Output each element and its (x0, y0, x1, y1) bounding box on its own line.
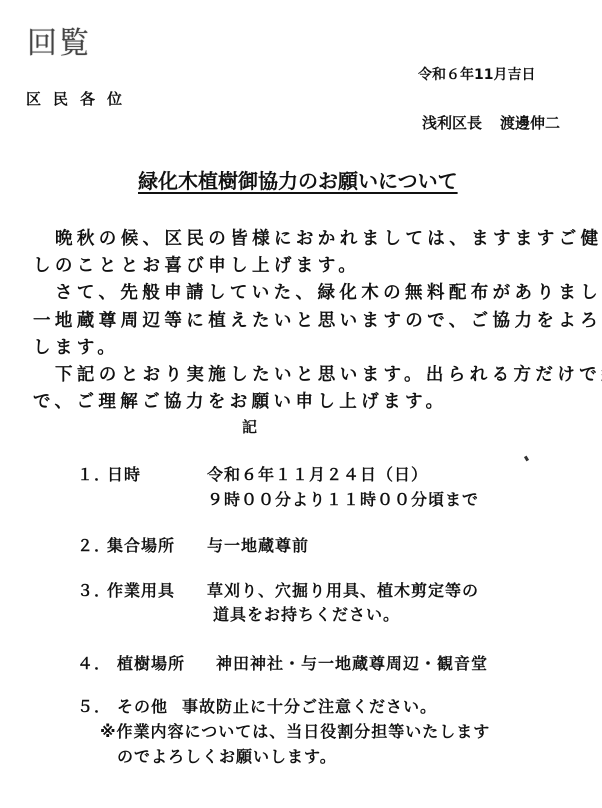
body-line: 一地蔵尊周辺等に植えたいと思いますので、ご協力をよろしくお願い (33, 308, 573, 335)
item-value-1b: ９時００分より１１時００分頃まで (207, 487, 479, 510)
item-number-5: ５． (77, 694, 111, 717)
item-value-3b: 道具をお持ちください。 (213, 602, 400, 625)
item-value-4: 神田神社・与一地蔵尊周辺・観音堂 (216, 651, 488, 674)
item-label-3: 作業用具 (107, 578, 175, 601)
body-line: で、ご理解ご協力をお願い申し上げます。 (33, 389, 573, 416)
item-value-1a: 令和６年１１月２４日（日） (207, 462, 428, 485)
item-number-1: １． (77, 462, 111, 485)
item-number-2: ２． (77, 533, 111, 556)
item-label-5: その他 (117, 694, 168, 717)
body-paragraphs: 晩秋の候、区民の皆様におかれましては、ますますご健勝でお過ご しのこととお喜び申… (33, 226, 573, 416)
body-line: 晩秋の候、区民の皆様におかれましては、ますますご健勝でお過ご (33, 226, 573, 253)
item-value-5: 事故防止に十分ご注意ください。 (182, 694, 437, 717)
issue-date: 令和６年11月吉日 (418, 64, 535, 84)
item-number-4: ４． (77, 651, 111, 674)
scan-speck (524, 456, 529, 462)
note-line-1: ※作業内容については、当日役割分担等いたします (100, 719, 490, 742)
sender-name: 渡邊伸二 (500, 114, 560, 132)
sender: 浅利区長渡邊伸二 (422, 112, 560, 133)
item-label-4: 植樹場所 (117, 651, 185, 674)
circulation-stamp: 回覧 (27, 18, 91, 62)
body-line: しのこととお喜び申し上げます。 (33, 253, 573, 280)
addressee: 区民各位 (26, 88, 134, 109)
ki-heading: 記 (242, 416, 257, 437)
sender-title: 浅利区長 (422, 114, 482, 132)
item-label-2: 集合場所 (107, 533, 175, 556)
item-label-1: 日時 (107, 462, 141, 485)
note-line-2: のでよろしくお願いします。 (117, 744, 337, 767)
body-line: 下記のとおり実施したいと思います。出られる方だけで結構ですの (33, 362, 573, 389)
item-number-3: ３． (77, 578, 111, 601)
document-title: 緑化木植樹御協力のお願いについて (138, 165, 458, 194)
body-line: します。 (33, 335, 573, 362)
body-line: さて、先般申請していた、緑化木の無料配布がありましたので、与 (33, 280, 573, 307)
item-value-3a: 草刈り、穴掘り用具、植木剪定等の (207, 578, 479, 601)
item-value-2: 与一地蔵尊前 (207, 533, 309, 556)
